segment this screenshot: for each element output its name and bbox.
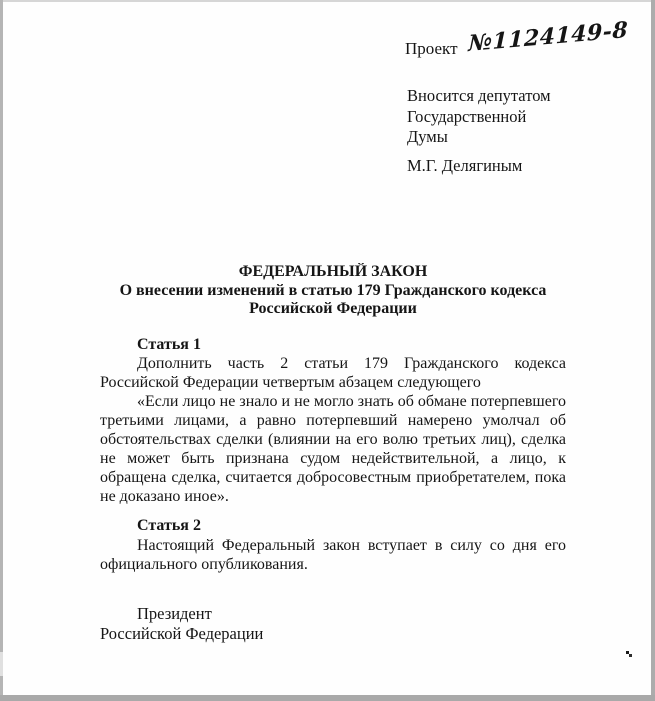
page-edge-top	[0, 0, 655, 2]
page-edge-left-highlight	[0, 652, 3, 676]
article-1-quote-line: не доказано иное».	[100, 487, 566, 506]
law-title-line: Российской Федерации	[100, 300, 566, 319]
article-2-text-line: Настоящий Федеральный закон вступает в с…	[100, 536, 566, 556]
project-header: Проект№1124149-8	[405, 34, 628, 60]
article-2-heading: Статья 2	[100, 516, 566, 536]
project-number-handwritten: №1124149-8	[468, 17, 628, 57]
article-1-quote-line: не может быть признана судом недействите…	[100, 449, 566, 468]
signature-title-line: Президент	[100, 604, 566, 624]
article-1-quote-line: «Если лицо не знало и не могло знать об …	[100, 392, 566, 411]
article-1-quote-line: третьими лицами, а равно потерпевший нам…	[100, 411, 566, 430]
article-1-quote-line: обстоятельствах сделки (влиянии на его в…	[100, 430, 566, 449]
article-1-quote-line: обращена сделка, считается добросовестны…	[100, 468, 566, 487]
article-1-heading: Статья 1	[100, 335, 566, 354]
submitted-by-line: Думы	[407, 127, 551, 148]
page-edge-bottom	[0, 695, 655, 701]
author-name: М.Г. Делягиным	[407, 156, 522, 176]
law-title: ФЕДЕРАЛЬНЫЙ ЗАКОН О внесении изменений в…	[100, 263, 566, 319]
article-1: Статья 1 Дополнить часть 2 статьи 179 Гр…	[100, 335, 566, 506]
scan-artifact-mark	[626, 651, 633, 658]
submitted-by-line: Вносится депутатом	[407, 86, 551, 107]
page-edge-left	[0, 0, 3, 701]
article-1-text-line: Дополнить часть 2 статьи 179 Гражданског…	[100, 354, 566, 373]
submitted-by-line: Государственной	[407, 107, 551, 128]
submitted-by-block: Вносится депутатом Государственной Думы	[407, 86, 551, 148]
article-2-text-line: официального опубликования.	[100, 555, 566, 575]
signature-block: Президент Российской Федерации	[100, 604, 566, 644]
project-label: Проект	[405, 39, 458, 58]
article-1-text-line: Российской Федерации четвертым абзацем с…	[100, 373, 566, 392]
article-2: Статья 2 Настоящий Федеральный закон вст…	[100, 516, 566, 575]
page-edge-right	[651, 0, 655, 701]
scanned-document-page: Проект№1124149-8 Вносится депутатом Госу…	[0, 0, 655, 701]
law-title-line: ФЕДЕРАЛЬНЫЙ ЗАКОН	[100, 263, 566, 282]
law-title-line: О внесении изменений в статью 179 Гражда…	[100, 282, 566, 301]
signature-title-line: Российской Федерации	[100, 624, 566, 644]
